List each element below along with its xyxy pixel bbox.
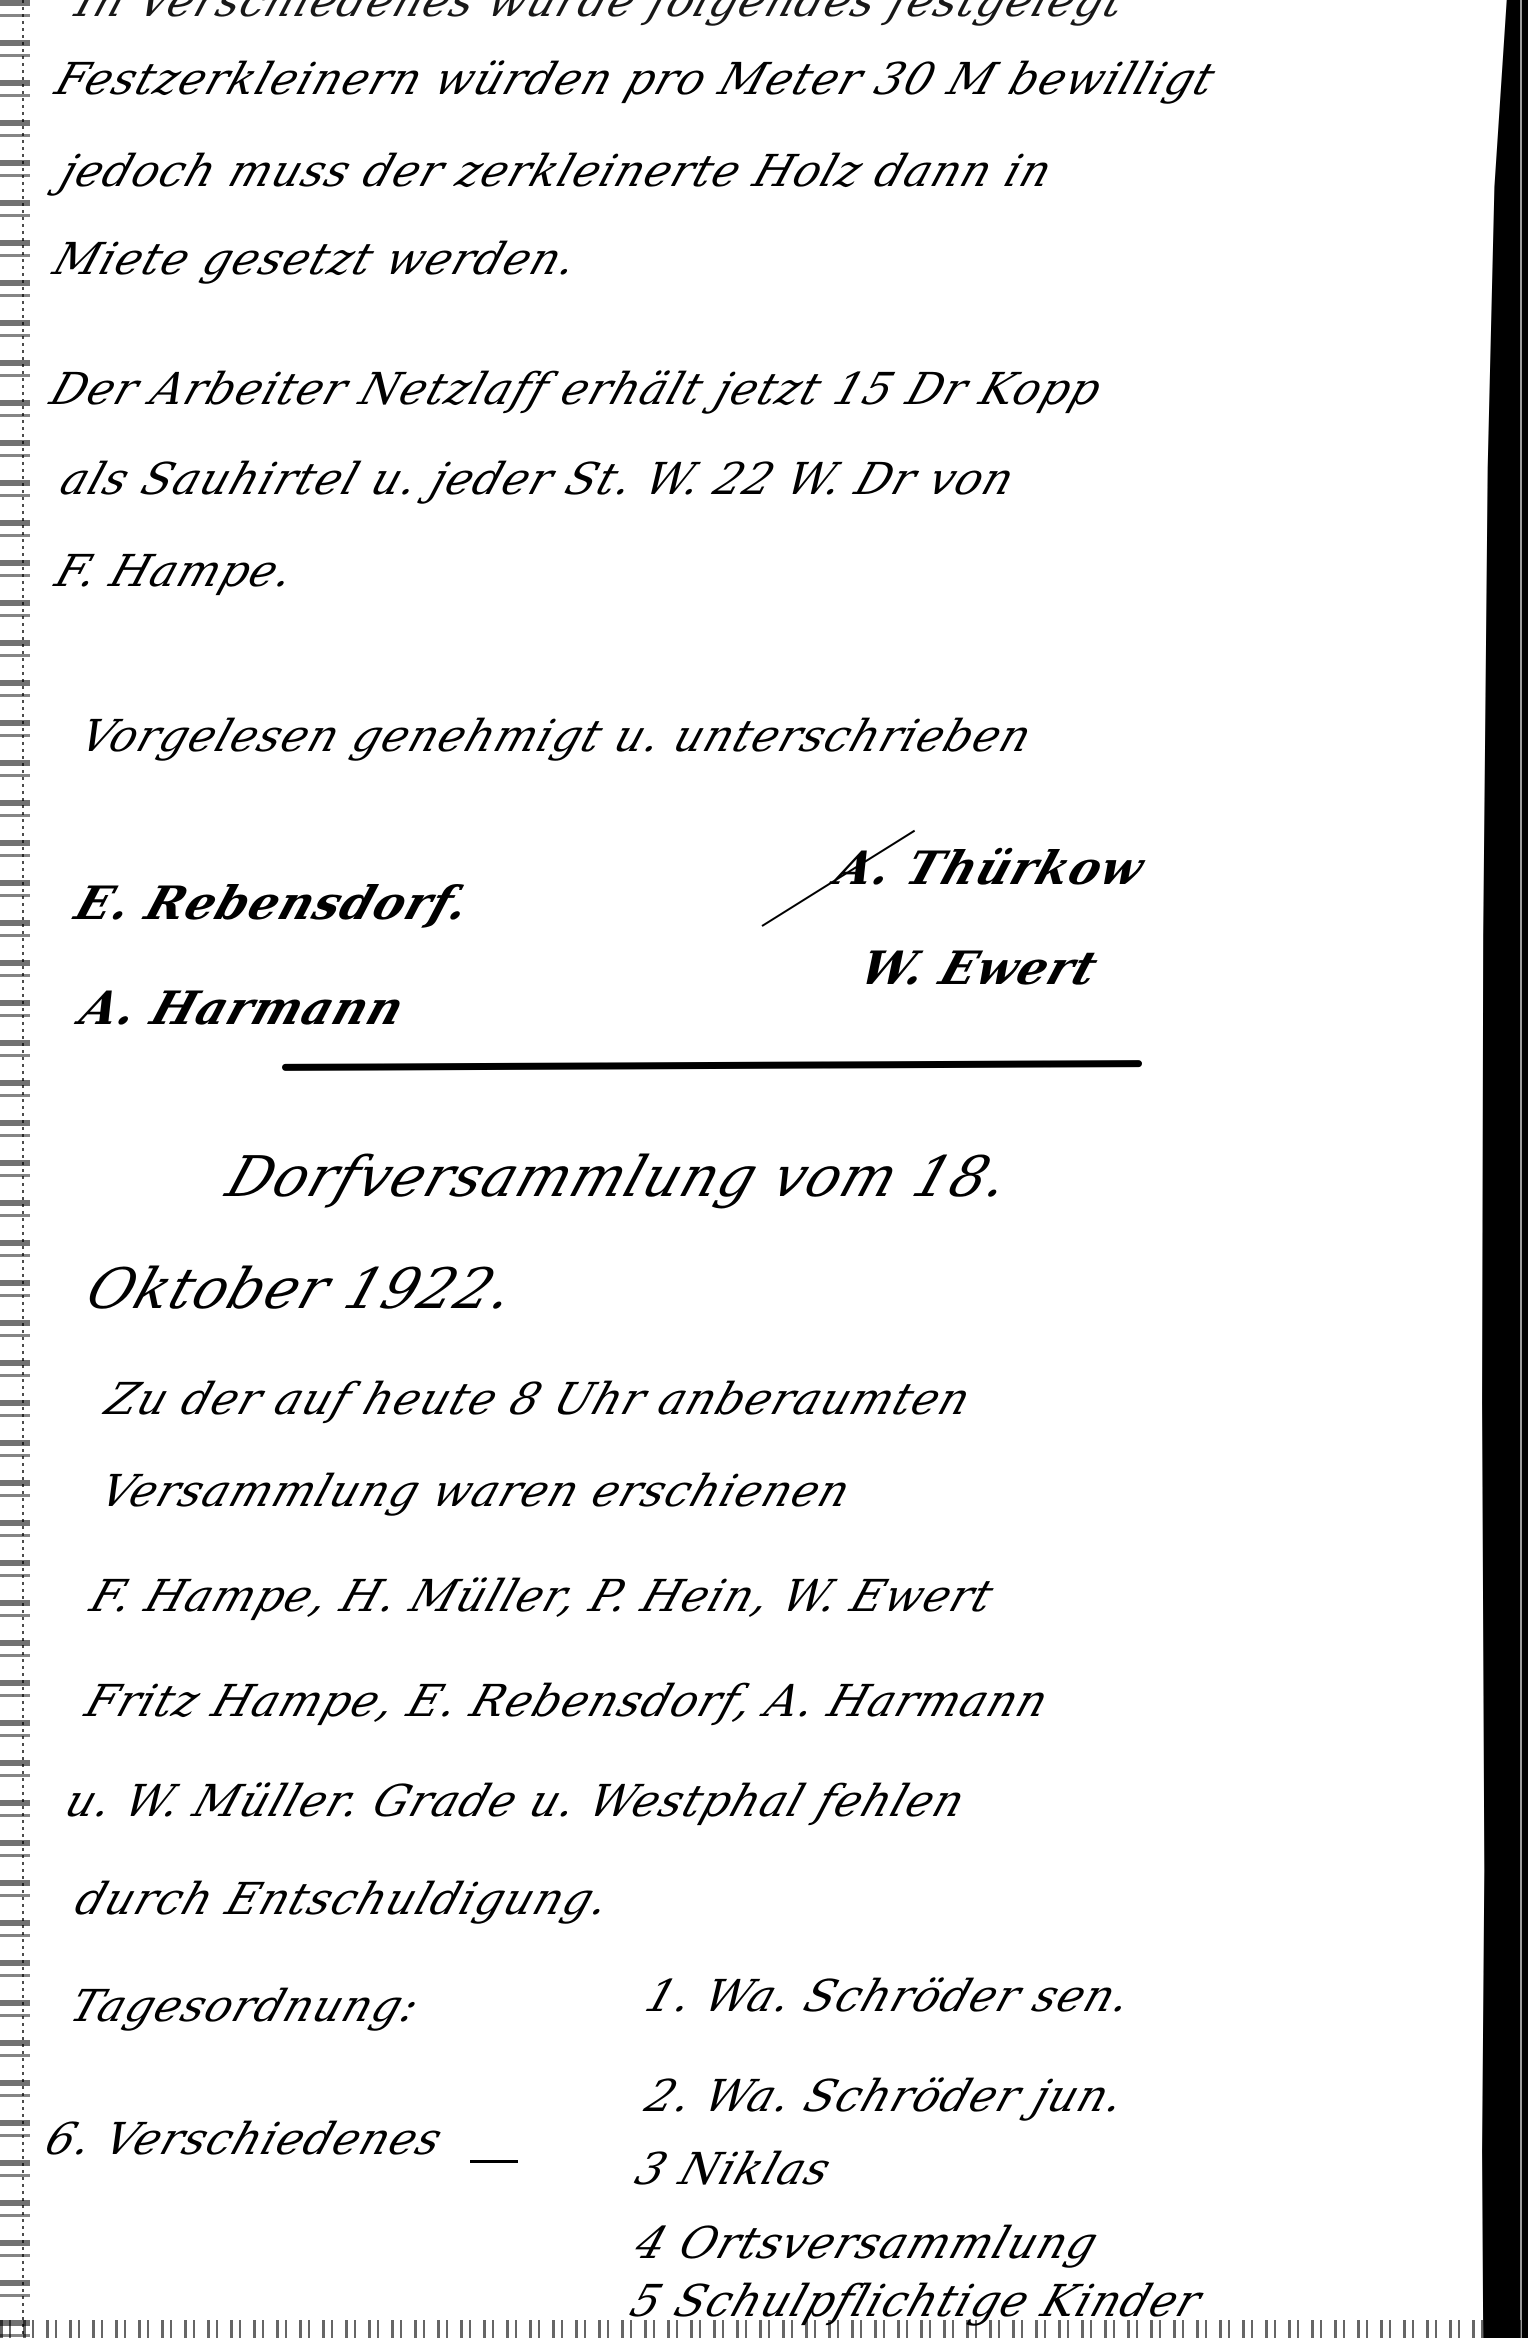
text-line: Zu der auf heute 8 Uhr anberaumten [100,1378,976,1422]
binding-edge-line [22,0,24,2338]
agenda-item-number: 1. [639,1971,700,2022]
text-line: Festzerkleinern würden pro Meter 30 M be… [50,58,1221,102]
entry-heading: Dorfversammlung vom 18. [220,1150,1016,1206]
agenda-item-text: Verschiedenes [98,2114,449,2165]
text-line: F. Hampe. [50,550,299,594]
agenda-item: 5 Schulpflichtige Kinder [625,2280,1207,2324]
agenda-item: 3 Niklas [630,2148,836,2192]
agenda-item-text: Wa. Schröder sen. [698,1971,1138,2022]
section-separator [282,1060,1142,1071]
page-edge-line [1520,0,1522,2338]
signature: E. Rebensdorf. [70,880,476,926]
signature: W. Ewert [855,945,1104,991]
agenda-label: Tagesordnung: [65,1985,425,2029]
text-line: Versammlung waren erschienen [95,1470,856,1514]
text-line: Miete gesetzt werden. [48,238,583,282]
agenda-item: 1. Wa. Schröder sen. [640,1975,1137,2019]
text-line: durch Entschuldigung. [70,1878,615,1922]
text-line: jedoch muss der zerkleinerte Holz dann i… [55,150,1058,194]
agenda-item-text: Ortsversammlung [673,2218,1105,2269]
signature: A. Thürkow [830,845,1150,891]
scanned-page: In Verschiedenes wurde folgendes festgel… [0,0,1528,2338]
closing-formula: Vorgelesen genehmigt u. unterschrieben [75,715,1037,759]
agenda-item-number: 2. [639,2071,700,2122]
arrow-stroke [470,2160,518,2163]
agenda-item: 6. Verschiedenes [40,2118,448,2162]
agenda-item-text: Wa. Schröder jun. [698,2071,1131,2122]
binding-strip [0,0,30,2338]
text-line: als Sauhirtel u. jeder St. W. 22 W. Dr v… [55,458,1020,502]
agenda-item-number: 4 [629,2218,675,2269]
agenda-item: 4 Ortsversammlung [630,2222,1104,2266]
entry-heading-date: Oktober 1922. [80,1262,521,1318]
attendee-line: u. W. Müller. Grade u. Westphal fehlen [60,1780,971,1824]
signature: A. Harmann [75,985,411,1031]
attendee-line: F. Hampe, H. Müller, P. Hein, W. Ewert [85,1575,999,1619]
attendee-line: Fritz Hampe, E. Rebensdorf, A. Harmann [80,1680,1054,1724]
text-line-partial-top: In Verschiedenes wurde folgendes festgel… [70,0,1131,24]
agenda-item-number: 5 [624,2276,670,2327]
agenda-item-number: 6. [39,2114,100,2165]
agenda-item-number: 3 [629,2144,675,2195]
agenda-item: 2. Wa. Schröder jun. [640,2075,1130,2119]
agenda-item-text: Niklas [673,2144,838,2195]
agenda-item-text: Schulpflichtige Kinder [668,2276,1208,2327]
text-line: Der Arbeiter Netzlaff erhält jetzt 15 Dr… [45,368,1107,412]
